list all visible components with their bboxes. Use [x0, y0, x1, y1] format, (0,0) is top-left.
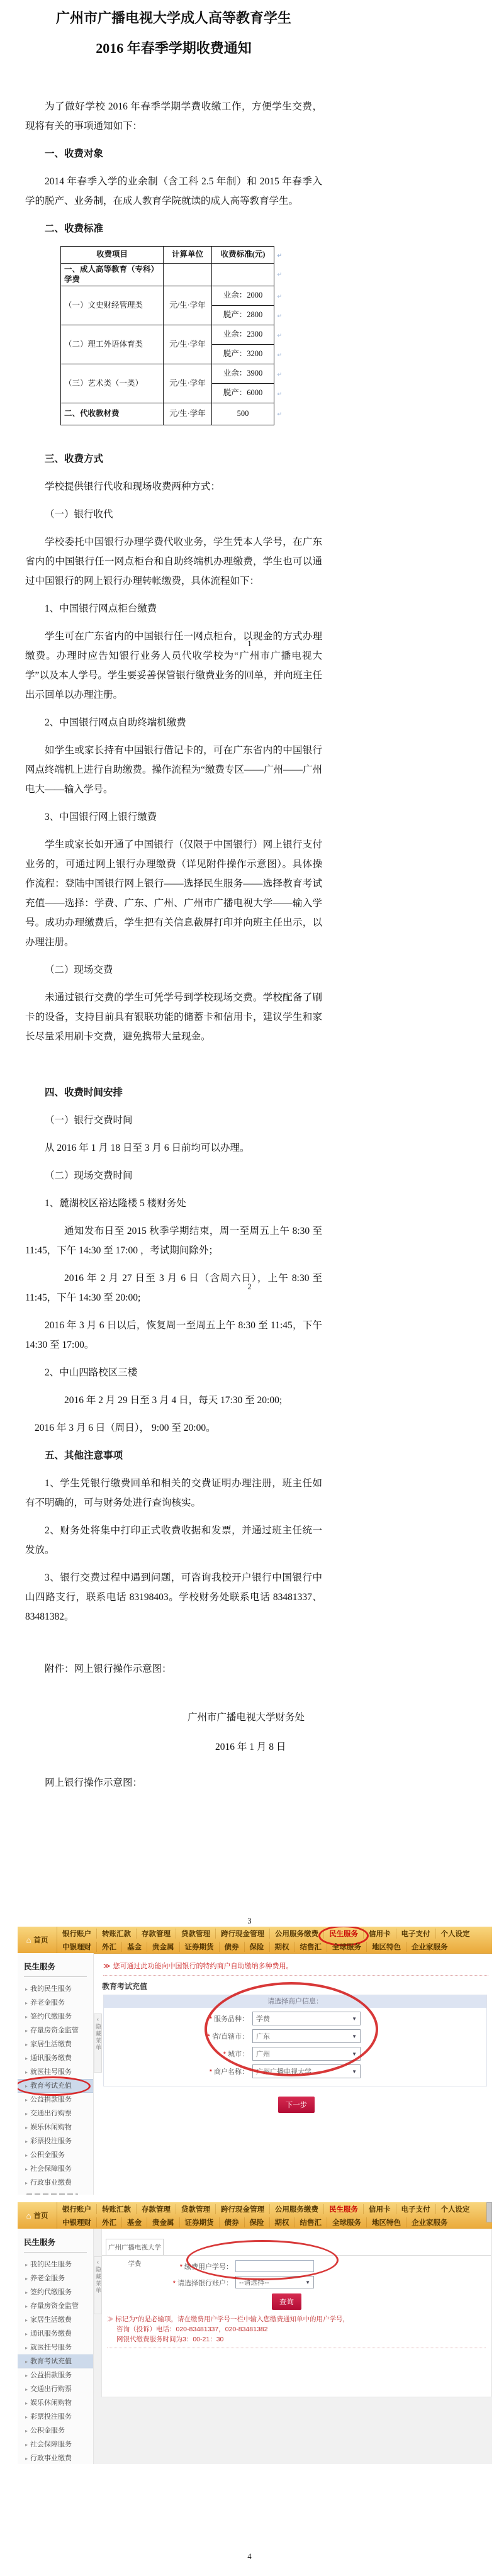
form-label: *城市： — [179, 2049, 249, 2059]
doc-paragraph: 通知发布日至 2015 秋季学期结束，周一至周五上午 8:30 至 11:45，… — [25, 1221, 322, 1260]
sidebar-list: ▸我的民生服务▸养老金服务▸签约代缴服务▸存量房资金监管▸家居生活缴费▸通讯服务… — [18, 2258, 93, 2464]
notice-page: 广州市广播电视大学成人高等教育学生 2016 年春季学期收费通知 为了做好学校 … — [0, 0, 499, 2576]
sidebar-item-label: 就医挂号服务 — [30, 2068, 72, 2076]
collapse-menu-label: 隐藏菜单 — [94, 2266, 103, 2294]
query-button-row: 查询 — [272, 2293, 301, 2310]
fee-value-cell: 业余：3900↵ — [212, 364, 274, 384]
sidebar-item-存量房资金监管[interactable]: ▸存量房资金监管 — [18, 2299, 93, 2313]
note-marker-icon: ≫ — [107, 2316, 115, 2323]
fee-unit-cell — [164, 264, 212, 286]
nav-item-电子支付[interactable]: 电子支付 — [396, 1929, 435, 1939]
sidebar-item-公积金服务[interactable]: ▸公积金服务 — [18, 2424, 93, 2438]
nav-item-贵金属[interactable]: 贵金属 — [147, 2217, 179, 2227]
doc-heading: 四、收费时间安排 — [25, 1083, 322, 1102]
nav-item-企业家服务[interactable]: 企业家服务 — [406, 1942, 453, 1952]
bank-top-nav: ⌂首页银行账户转账汇款存款管理贷款管理跨行现金管理公用服务缴费民生服务信用卡电子… — [18, 2202, 492, 2229]
fee-value-cell: 脱产：6000↵ — [212, 384, 274, 403]
nav-item-基金[interactable]: 基金 — [121, 1942, 147, 1952]
nav-home-label: 首页 — [33, 2210, 48, 2220]
notice-document: 广州市广播电视大学成人高等教育学生 2016 年春季学期收费通知 为了做好学校 … — [25, 3, 322, 1793]
sidebar-item-label: 社会保障服务 — [30, 2441, 72, 2448]
doc-paragraph: 从 2016 年 1 月 18 日至 3 月 6 日前均可以办理。 — [25, 1138, 322, 1158]
nav-item-银行账户[interactable]: 银行账户 — [57, 2204, 96, 2214]
page-number-2: 2 — [0, 1282, 499, 1292]
sidebar-item-签约代缴服务[interactable]: ▸签约代缴服务 — [18, 2285, 93, 2299]
item-arrow-icon: ▸ — [25, 2262, 28, 2268]
nav-item-银行账户[interactable]: 银行账户 — [57, 1929, 96, 1939]
sidebar-item-label: 家居生活缴费 — [30, 2041, 72, 2048]
select-value: 广东 — [256, 2031, 270, 2041]
sidebar-item-label: 行政事业缴费 — [30, 2179, 72, 2187]
doc-paragraph: （一）银行收代 — [25, 505, 322, 524]
sidebar-item-label: 教育考试充值 — [30, 2358, 72, 2365]
item-arrow-icon: ▸ — [25, 2359, 28, 2365]
pilcrow-mark: ↵ — [277, 371, 282, 378]
doc-paragraph: 学生或家长如开通了中国银行（仅限于中国银行）网上银行支付业务的，可通过网上银行办… — [25, 835, 322, 952]
sidebar-item-我的民生服务[interactable]: ▸我的民生服务 — [18, 1982, 93, 1996]
nav-item-证券期货[interactable]: 证券期货 — [179, 1942, 219, 1952]
fee-value: 脱产：3200 — [223, 349, 263, 358]
doc-paragraph: 2、中山四路校区三楼 — [25, 1363, 322, 1382]
collapse-menu-tab[interactable]: ‹ 隐藏菜单 — [94, 2013, 102, 2073]
fee-value: 脱产：6000 — [223, 388, 263, 397]
item-arrow-icon: ▸ — [25, 2180, 28, 2186]
fee-table-header: 计算单位 — [164, 247, 212, 264]
fee-unit-cell: 元/生·学年 — [164, 286, 212, 325]
sidebar-item-交通出行购票[interactable]: ▸交通出行购票 — [18, 2107, 93, 2120]
nav-item-全球服务[interactable]: 全球服务 — [327, 2217, 366, 2227]
fee-table: 收费项目计算单位收费标准(元)↵一、成人高等教育（专科）学费↵（一）文史财经管理… — [60, 246, 274, 425]
nav-item-期权[interactable]: 期权 — [269, 1942, 294, 1952]
bank-screenshot-student-id: ⌂首页银行账户转账汇款存款管理贷款管理跨行现金管理公用服务缴费民生服务信用卡电子… — [18, 2202, 492, 2464]
sidebar-item-通讯服务缴费[interactable]: ▸通讯服务缴费 — [18, 2327, 93, 2341]
nav-item-债券[interactable]: 债券 — [219, 1942, 244, 1952]
sidebar-item-彩票投注服务[interactable]: ▸彩票投注服务 — [18, 2134, 93, 2148]
section-title: 教育考试充值 — [102, 1981, 492, 1991]
doc-paragraph: 2016 年 3 月 6 日（周日）， 9:00 至 20:00。 — [25, 1418, 322, 1438]
merchant-form-rows: *服务品种：学费▼*省/直辖市：广东▼*城市：广州▼*商户名称：广州广播电视大学… — [104, 2012, 486, 2086]
merchant-select[interactable]: 广州广播电视大学▼ — [252, 2064, 361, 2078]
fee-value-cell: 业余：2000↵ — [212, 286, 274, 306]
sidebar-header: 民生服务 — [24, 1961, 87, 1977]
home-icon: ⌂ — [26, 1935, 31, 1945]
nav-item-基金[interactable]: 基金 — [121, 2217, 147, 2227]
sidebar-item-娱乐休闲购物[interactable]: ▸娱乐休闲购物 — [18, 2396, 93, 2410]
nav-item-转账汇款[interactable]: 转账汇款 — [96, 1929, 136, 1939]
pilcrow-mark: ↵ — [277, 271, 282, 278]
bank-screenshot-merchant-select: ⌂首页银行账户转账汇款存款管理贷款管理跨行现金管理公用服务缴费民生服务信用卡电子… — [18, 1927, 492, 2195]
nav-item-结售汇[interactable]: 结售汇 — [294, 2217, 327, 2227]
nav-row: 中银理财外汇基金贵金属证券期货债券保险期权结售汇全球服务地区特色企业家服务 — [57, 2215, 492, 2229]
doc-paragraph: （二）现场交费时间 — [25, 1166, 322, 1185]
dropdown-arrow-icon: ▼ — [352, 2069, 357, 2075]
doc-paragraph: 1、中国银行网点柜台缴费 — [25, 599, 322, 619]
item-arrow-icon: ▸ — [25, 2304, 28, 2309]
sidebar-item-公积金服务[interactable]: ▸公积金服务 — [18, 2148, 93, 2162]
sidebar-item-公益捐款服务[interactable]: ▸公益捐款服务 — [18, 2368, 93, 2382]
nav-row: 银行账户转账汇款存款管理贷款管理跨行现金管理公用服务缴费民生服务信用卡电子支付个… — [57, 1927, 492, 1940]
select-value: 学费 — [256, 2013, 270, 2024]
pilcrow-mark: ↵ — [277, 313, 282, 320]
sidebar-item-家居生活缴费[interactable]: ▸家居生活缴费 — [18, 2313, 93, 2327]
fee-unit-cell: 元/生·学年 — [164, 325, 212, 364]
dropdown-arrow-icon: ▼ — [352, 2016, 357, 2022]
sidebar-item-行政事业缴费[interactable]: ▸行政事业缴费 — [18, 2176, 93, 2190]
item-arrow-icon: ▸ — [25, 2111, 28, 2117]
nav-home-item[interactable]: ⌂首页 — [18, 2202, 57, 2229]
sidebar-item-label: 存量房资金监管 — [30, 2302, 79, 2310]
doc-paragraph: 学生可在广东省内的中国银行任一网点柜台，以现金的方式办理缴费。办理时应告知银行业… — [25, 627, 322, 705]
fee-unit-cell: 元/生·学年 — [164, 403, 212, 425]
nav-item-外汇[interactable]: 外汇 — [96, 2217, 121, 2227]
item-arrow-icon: ▸ — [25, 2442, 28, 2448]
doc-paragraph: 2、财务处将集中打印正式收费收据和发票，并通过班主任统一发放。 — [25, 1521, 322, 1560]
sidebar-item-就医挂号服务[interactable]: ▸就医挂号服务 — [18, 2341, 93, 2355]
doc-paragraph: 网上银行操作示意图： — [25, 1773, 322, 1793]
select-value: 广州广播电视大学 — [256, 2066, 311, 2076]
sidebar-item-彩票投注服务[interactable]: ▸彩票投注服务 — [18, 2410, 93, 2424]
doc-paragraph: 附件：网上银行操作示意图： — [25, 1659, 322, 1679]
student-id-label: *缴费用户学号： — [140, 2261, 233, 2271]
sidebar-item-label: 彩票投注服务 — [30, 2137, 72, 2145]
nav-item-保险[interactable]: 保险 — [244, 1942, 269, 1952]
student-id-input[interactable] — [235, 2260, 314, 2272]
item-arrow-icon: ▸ — [25, 2014, 28, 2020]
form-row: *省/直辖市：广东▼ — [79, 2029, 461, 2043]
sidebar-item-养老金服务[interactable]: ▸养老金服务 — [18, 2271, 93, 2285]
pilcrow-mark: ↵ — [277, 352, 282, 359]
doc-paragraph: 1、学生凭银行缴费回单和相关的交费证明办理注册，班主任如有不明确的，可与财务处进… — [25, 1474, 322, 1513]
item-arrow-icon: ▸ — [25, 2331, 28, 2337]
sidebar-item-社会保障服务[interactable]: ▸社会保障服务 — [18, 2162, 93, 2176]
query-button[interactable]: 查询 — [272, 2293, 301, 2310]
doc-paragraph: 2016 年 1 月 8 日 — [215, 1737, 322, 1757]
nav-item-外汇[interactable]: 外汇 — [96, 1942, 121, 1952]
form-row: *服务品种：学费▼ — [79, 2012, 461, 2025]
sidebar-item-label: 社会保障服务 — [30, 2165, 72, 2173]
sidebar-item-社会保障服务[interactable]: ▸社会保障服务 — [18, 2438, 93, 2451]
fee-value: 业余：2300 — [223, 330, 263, 339]
nav-item-证券期货[interactable]: 证券期货 — [179, 2217, 219, 2227]
bank-content: ≫您可通过此功能向中国银行的特约商户自助缴纳多种费用。 教育考试充值 请选择商户… — [101, 1953, 492, 2195]
form-label: *商户名称： — [179, 2066, 249, 2076]
nav-home-label: 首页 — [33, 1935, 48, 1945]
sidebar-item-label: 公积金服务 — [30, 2151, 65, 2159]
item-arrow-icon: ▸ — [25, 2345, 28, 2351]
item-arrow-icon: ▸ — [25, 2387, 28, 2392]
sidebar-header: 民生服务 — [24, 2236, 87, 2253]
merchant-form-panel: 请选择商户信息： *服务品种：学费▼*省/直辖市：广东▼*城市：广州▼*商户名称… — [103, 1995, 487, 2086]
item-arrow-icon: ▸ — [25, 2153, 28, 2158]
doc-paragraph: 如学生或家长持有中国银行借记卡的，可在广东省内的中国银行网点终端机上进行自助缴费… — [25, 741, 322, 799]
nav-item-跨行现金管理[interactable]: 跨行现金管理 — [215, 2204, 269, 2214]
form-note-line: ≫ 标记为*的是必输项，请在缴费用户学号一栏中输入您缴费通知单中的用户学号， — [107, 2316, 486, 2324]
doc-paragraph: 3、银行交费过程中遇到问题，可咨询我校开户银行中国银行中山四路支行，联系电话 8… — [25, 1568, 322, 1627]
fee-item-cell: （三）艺术类（一类） — [61, 364, 164, 403]
sidebar-item-label: 娱乐休闲购物 — [30, 2399, 72, 2407]
nav-rows: 银行账户转账汇款存款管理贷款管理跨行现金管理公用服务缴费民生服务信用卡电子支付个… — [57, 1927, 492, 1953]
fee-value: 业余：3900 — [223, 369, 263, 378]
item-arrow-icon: ▸ — [25, 1986, 28, 1992]
item-arrow-icon: ▸ — [25, 2097, 28, 2103]
doc-paragraph: （二）现场交费 — [25, 960, 322, 980]
sidebar-item-公益捐款服务[interactable]: ▸公益捐款服务 — [18, 2093, 93, 2107]
doc-heading: 五、其他注意事项 — [25, 1446, 322, 1465]
doc-paragraph: 2016 年 3 月 6 日以后，恢复周一至周五上午 8:30 至 11:45，… — [25, 1316, 322, 1355]
nav-row: 银行账户转账汇款存款管理贷款管理跨行现金管理公用服务缴费民生服务信用卡电子支付个… — [57, 2202, 492, 2215]
pilcrow-mark: ↵ — [277, 332, 282, 339]
province-select[interactable]: 广东▼ — [252, 2029, 361, 2043]
service-type-select[interactable]: 学费▼ — [252, 2012, 361, 2025]
nav-item-企业家服务[interactable]: 企业家服务 — [406, 2217, 453, 2227]
doc-paragraph: 2014 年春季入学的业余制（含工科 2.5 年制）和 2015 年春季入学的脱… — [25, 172, 322, 211]
nav-item-中银理财[interactable]: 中银理财 — [57, 1942, 96, 1952]
nav-item-公用服务缴费[interactable]: 公用服务缴费 — [269, 1929, 323, 1939]
collapse-menu-label: 隐藏菜单 — [94, 2024, 103, 2051]
collapse-arrow-icon: ‹ — [97, 2016, 99, 2022]
fee-value-cell: 脱产：3200↵ — [212, 345, 274, 364]
sidebar-item-label: 养老金服务 — [30, 1999, 65, 2007]
doc-paragraph: 广州市广播电视大学财务处 — [188, 1708, 322, 1727]
nav-item-保险[interactable]: 保险 — [244, 2217, 269, 2227]
nav-item-中银理财[interactable]: 中银理财 — [57, 2217, 96, 2227]
dotted-divider — [107, 2348, 486, 2348]
fee-value-cell: ↵ — [212, 264, 274, 286]
doc-paragraph: 为了做好学校 2016 年春季学期学费收缴工作，方便学生交费，现将有关的事项通知… — [25, 97, 322, 136]
sidebar-item-label: 就医挂号服务 — [30, 2344, 72, 2351]
sidebar-item-label: 签约代缴服务 — [30, 2288, 72, 2296]
doc-title-line2: 2016 年春季学期收费通知 — [25, 34, 322, 63]
form-note-line: 网银代缴费服务时间为3：00-21：30 — [116, 2336, 486, 2344]
doc-heading: 二、收费标准 — [25, 219, 322, 238]
nav-item-个人设定[interactable]: 个人设定 — [435, 1929, 475, 1939]
doc-paragraph: 2016 年 2 月 29 日至 3 月 4 日，每天 17:30 至 20:0… — [25, 1391, 322, 1410]
doc-paragraph: 1、麓湖校区裕达隆楼 5 楼财务处 — [25, 1194, 322, 1213]
fee-item-cell: （二）理工外语体育类 — [61, 325, 164, 364]
select-value: 广州 — [256, 2049, 270, 2059]
doc-paragraph: 2、中国银行网点自助终端机缴费 — [25, 713, 322, 732]
item-arrow-icon: ▸ — [25, 2317, 28, 2323]
doc-heading: 三、收费方式 — [25, 449, 322, 469]
item-arrow-icon: ▸ — [25, 2276, 28, 2282]
nav-item-个人设定[interactable]: 个人设定 — [435, 2204, 475, 2214]
item-arrow-icon: ▸ — [25, 2456, 28, 2461]
page-number-1: 1 — [0, 639, 499, 649]
city-select[interactable]: 广州▼ — [252, 2047, 361, 2061]
sidebar-item-label: 我的民生服务 — [30, 1985, 72, 1993]
doc-paragraph: 学校委托中国银行办理学费代收业务，学生凭本人学号，在广东省内的中国银行任一网点柜… — [25, 532, 322, 591]
fee-item-cell: 一、成人高等教育（专科）学费 — [61, 264, 164, 286]
nav-item-民生服务[interactable]: 民生服务 — [323, 1929, 363, 1939]
sidebar-item-label: 公益捐款服务 — [30, 2372, 72, 2379]
nav-item-电子支付[interactable]: 电子支付 — [396, 2204, 435, 2214]
nav-row: 中银理财外汇基金贵金属证券期货债券保险期权结售汇全球服务地区特色企业家服务 — [57, 1940, 492, 1953]
sidebar-item-行政事业缴费[interactable]: ▸行政事业缴费 — [18, 2451, 93, 2464]
nav-item-信用卡[interactable]: 信用卡 — [363, 2204, 396, 2214]
bank-account-select[interactable]: --请选择-- ▼ — [235, 2276, 314, 2288]
bank-sidebar: 民生服务 ▸我的民生服务▸养老金服务▸签约代缴服务▸存量房资金监管▸家居生活缴费… — [18, 2229, 94, 2464]
pilcrow-mark: ↵ — [277, 293, 282, 300]
item-arrow-icon: ▸ — [25, 2400, 28, 2406]
required-marker: * — [210, 2015, 212, 2023]
sidebar-item-label: 彩票投注服务 — [30, 2413, 72, 2421]
sidebar-item-clipped[interactable] — [26, 2193, 78, 2195]
required-marker: * — [210, 2068, 212, 2076]
fee-query-panel: 广州广播电视大学学费 *缴费用户学号： *请选择银行账户： --请选择-- ▼ … — [101, 2229, 491, 2397]
bank-top-nav: ⌂首页银行账户转账汇款存款管理贷款管理跨行现金管理公用服务缴费民生服务信用卡电子… — [18, 1927, 492, 1954]
pilcrow-mark: ↵ — [277, 411, 282, 418]
sidebar-item-教育考试充值[interactable]: ▸教育考试充值 — [18, 2355, 93, 2368]
doc-paragraph: 未通过银行交费的学生可凭学号到学校现场交费。学校配备了刷卡的设备，支持目前具有银… — [25, 988, 322, 1046]
required-marker: * — [223, 2051, 226, 2058]
home-icon: ⌂ — [26, 2211, 31, 2220]
pilcrow-mark: ↵ — [277, 252, 282, 259]
nav-item-转账汇款[interactable]: 转账汇款 — [96, 2204, 136, 2214]
item-arrow-icon: ▸ — [25, 2139, 28, 2144]
bank-account-label: *请选择银行账户： — [140, 2278, 233, 2288]
sidebar-item-label: 娱乐休闲购物 — [30, 2124, 72, 2131]
item-arrow-icon: ▸ — [25, 2069, 28, 2075]
doc-paragraph: （一）银行交费时间 — [25, 1111, 322, 1130]
sidebar-item-label: 通讯服务缴费 — [30, 2330, 72, 2338]
sidebar-item-label: 教育考试充值 — [30, 2082, 72, 2090]
nav-item-贷款管理[interactable]: 贷款管理 — [176, 1929, 215, 1939]
item-arrow-icon: ▸ — [25, 2083, 28, 2089]
nav-item-期权[interactable]: 期权 — [269, 2217, 294, 2227]
nav-item-全球服务[interactable]: 全球服务 — [327, 1942, 366, 1952]
nav-item-跨行现金管理[interactable]: 跨行现金管理 — [215, 1929, 269, 1939]
sidebar-item-label: 公益捐款服务 — [30, 2096, 72, 2103]
dropdown-arrow-icon: ▼ — [305, 2280, 310, 2285]
doc-paragraph: 学校提供银行代收和现场收费两种方式： — [25, 477, 322, 496]
item-arrow-icon: ▸ — [25, 2028, 28, 2034]
pilcrow-mark: ↵ — [277, 391, 282, 398]
doc-heading: 一、收费对象 — [25, 144, 322, 164]
function-note: ≫您可通过此功能向中国银行的特约商户自助缴纳多种费用。 — [103, 1961, 488, 1976]
nav-home-item[interactable]: ⌂首页 — [18, 1927, 57, 1953]
nav-item-债券[interactable]: 债券 — [219, 2217, 244, 2227]
required-marker: * — [208, 2033, 210, 2041]
dropdown-arrow-icon: ▼ — [352, 2034, 357, 2039]
tab-university-fee[interactable]: 广州广播电视大学学费 — [106, 2239, 164, 2256]
tab-divider — [102, 2255, 491, 2256]
fee-item-cell: 二、代收教材费 — [61, 403, 164, 425]
sidebar-item-label: 通讯服务缴费 — [30, 2054, 72, 2062]
nav-item-存款管理[interactable]: 存款管理 — [136, 2204, 176, 2214]
nav-item-民生服务[interactable]: 民生服务 — [323, 2204, 363, 2214]
required-marker: * — [173, 2280, 176, 2287]
dropdown-arrow-icon: ▼ — [352, 2051, 357, 2057]
sidebar-item-交通出行购票[interactable]: ▸交通出行购票 — [18, 2382, 93, 2396]
item-arrow-icon: ▸ — [25, 2373, 28, 2378]
sidebar-item-label: 公积金服务 — [30, 2427, 65, 2434]
fee-unit-cell: 元/生·学年 — [164, 364, 212, 403]
nav-rows: 银行账户转账汇款存款管理贷款管理跨行现金管理公用服务缴费民生服务信用卡电子支付个… — [57, 2202, 492, 2229]
form-notes: ≫ 标记为*的是必输项，请在缴费用户学号一栏中输入您缴费通知单中的用户学号，咨询… — [107, 2314, 486, 2344]
item-arrow-icon: ▸ — [25, 2125, 28, 2131]
nav-item-存款管理[interactable]: 存款管理 — [136, 1929, 176, 1939]
form-row: *城市：广州▼ — [79, 2047, 461, 2061]
form-label: *省/直辖市： — [179, 2031, 249, 2041]
fee-table-header: 收费项目 — [61, 247, 164, 264]
form-label: *服务品种： — [179, 2013, 249, 2024]
item-arrow-icon: ▸ — [25, 2056, 28, 2061]
fee-value: 业余：2000 — [223, 291, 263, 300]
nav-item-贵金属[interactable]: 贵金属 — [147, 1942, 179, 1952]
nav-item-贷款管理[interactable]: 贷款管理 — [176, 2204, 215, 2214]
sidebar-item-label: 我的民生服务 — [30, 2261, 72, 2268]
sidebar-item-label: 签约代缴服务 — [30, 2013, 72, 2020]
item-arrow-icon: ▸ — [25, 2166, 28, 2172]
fee-value-cell: 脱产：2800↵ — [212, 306, 274, 325]
required-marker: * — [180, 2263, 182, 2271]
fee-item-cell: （一）文史财经管理类 — [61, 286, 164, 325]
fee-table-header: 收费标准(元)↵ — [212, 247, 274, 264]
button-row: 下一步 — [101, 2097, 492, 2113]
next-step-button[interactable]: 下一步 — [278, 2097, 315, 2113]
collapse-menu-tab[interactable]: ‹ 隐藏菜单 — [94, 2256, 102, 2314]
nav-item-信用卡[interactable]: 信用卡 — [363, 1929, 396, 1939]
scrollbar[interactable] — [486, 2202, 492, 2222]
page-number-4: 4 — [0, 2552, 499, 2562]
item-arrow-icon: ▸ — [25, 2042, 28, 2047]
form-header: 请选择商户信息： — [104, 1995, 486, 2008]
doc-title-line1: 广州市广播电视大学成人高等教育学生 — [25, 4, 322, 33]
collapse-arrow-icon: ‹ — [97, 2259, 99, 2265]
nav-item-公用服务缴费[interactable]: 公用服务缴费 — [269, 2204, 323, 2214]
item-arrow-icon: ▸ — [25, 2000, 28, 2006]
sidebar-item-label: 行政事业缴费 — [30, 2455, 72, 2462]
fee-value-cell: 500↵ — [212, 403, 274, 425]
fee-value-cell: 业余：2300↵ — [212, 325, 274, 345]
sidebar-item-label: 交通出行购票 — [30, 2385, 72, 2393]
item-arrow-icon: ▸ — [25, 2290, 28, 2295]
note-marker-icon: ≫ — [103, 1963, 111, 1970]
sidebar-item-label: 交通出行购票 — [30, 2110, 72, 2117]
form-row: *商户名称：广州广播电视大学▼ — [79, 2064, 461, 2086]
sidebar-item-我的民生服务[interactable]: ▸我的民生服务 — [18, 2258, 93, 2271]
sidebar-item-label: 养老金服务 — [30, 2275, 65, 2282]
sidebar-item-养老金服务[interactable]: ▸养老金服务 — [18, 1996, 93, 2010]
sidebar-item-娱乐休闲购物[interactable]: ▸娱乐休闲购物 — [18, 2120, 93, 2134]
nav-item-地区特色[interactable]: 地区特色 — [366, 2217, 406, 2227]
item-arrow-icon: ▸ — [25, 2414, 28, 2420]
sidebar-item-label: 存量房资金监管 — [30, 2027, 79, 2034]
nav-item-结售汇[interactable]: 结售汇 — [294, 1942, 327, 1952]
fee-value: 500 — [237, 409, 249, 418]
form-note-line: 咨询（投诉）电话：020-83481337，020-83481382 — [116, 2326, 486, 2334]
page-number-3: 3 — [0, 1917, 499, 1926]
sidebar-item-label: 家居生活缴费 — [30, 2316, 72, 2324]
doc-paragraph: 3、中国银行网上银行缴费 — [25, 807, 322, 827]
item-arrow-icon: ▸ — [25, 2428, 28, 2434]
fee-value: 脱产：2800 — [223, 310, 263, 319]
nav-item-地区特色[interactable]: 地区特色 — [366, 1942, 406, 1952]
